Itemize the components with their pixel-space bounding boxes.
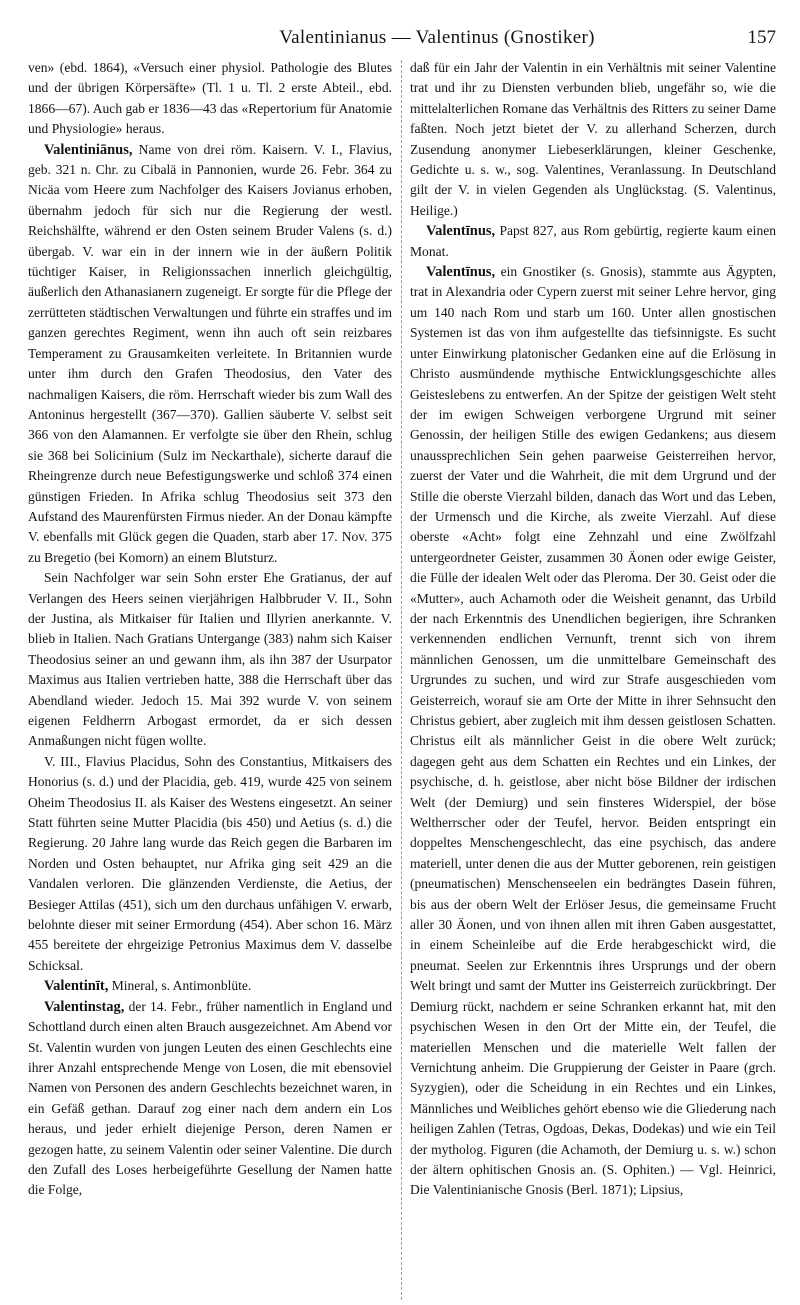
headword: Valentīnus, — [426, 264, 495, 280]
entry-valentinianus-ii: Sein Nachfolger war sein Sohn erster Ehe… — [28, 568, 392, 752]
right-column: daß für ein Jahr der Valentin in ein Ver… — [410, 58, 776, 1201]
headword: Valentīnus, — [426, 223, 495, 239]
running-header: Valentinianus — Valentinus (Gnostiker) 1… — [28, 27, 776, 53]
entry-text: Name von drei röm. Kaisern. V. I., Flavi… — [28, 142, 392, 565]
entry-valentinit: Valentinīt, Mineral, s. Antimonblüte. — [28, 976, 392, 996]
page-number: 157 — [748, 27, 777, 49]
entry-text: der 14. Febr., früher namentlich in Engl… — [28, 999, 392, 1198]
left-column: ven» (ebd. 1864), «Versuch einer physiol… — [28, 58, 392, 1201]
entry-text: Sein Nachfolger war sein Sohn erster Ehe… — [28, 570, 392, 748]
headword: Valentinstag, — [44, 999, 124, 1015]
running-title: Valentinianus — Valentinus (Gnostiker) — [98, 27, 776, 49]
entry-text: Mineral, s. Antimonblüte. — [108, 978, 251, 993]
continuation-paragraph: ven» (ebd. 1864), «Versuch einer physiol… — [28, 58, 392, 140]
continuation-paragraph: daß für ein Jahr der Valentin in ein Ver… — [410, 58, 776, 221]
entry-valentinianus-iii: V. III., Flavius Placidus, Sohn des Cons… — [28, 752, 392, 976]
headword: Valentiniānus, — [44, 142, 133, 158]
entry-valentinianus: Valentiniānus, Name von drei röm. Kaiser… — [28, 140, 392, 569]
column-divider — [401, 60, 402, 1300]
entry-text: ein Gnostiker (s. Gnosis), stammte aus Ä… — [410, 264, 776, 1197]
entry-valentinus-papst: Valentīnus, Papst 827, aus Rom gebürtig,… — [410, 221, 776, 262]
entry-valentinus-gnostiker: Valentīnus, ein Gnostiker (s. Gnosis), s… — [410, 262, 776, 1201]
headword: Valentinīt, — [44, 978, 108, 994]
entry-text: V. III., Flavius Placidus, Sohn des Cons… — [28, 754, 392, 973]
entry-valentinstag: Valentinstag, der 14. Febr., früher name… — [28, 997, 392, 1201]
